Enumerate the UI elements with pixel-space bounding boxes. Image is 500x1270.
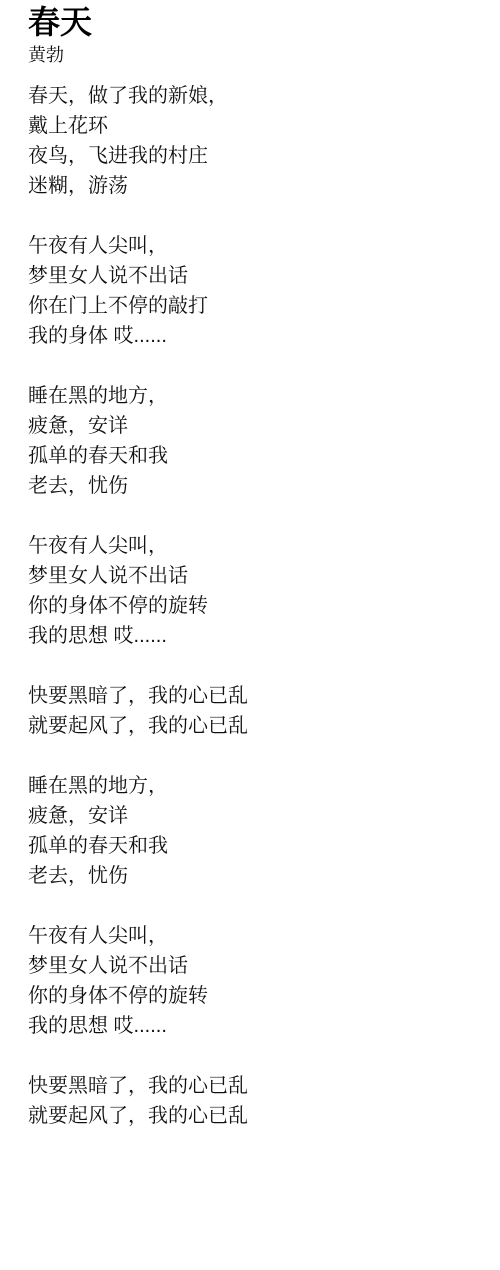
lyric-line: 你的身体不停的旋转 <box>28 981 480 1011</box>
lyric-line: 睡在黑的地方， <box>28 381 480 411</box>
stanza: 睡在黑的地方，疲惫，安详孤单的春天和我老去，忧伤 <box>28 381 480 501</box>
lyric-line: 我的思想 哎...... <box>28 621 480 651</box>
lyric-line: 快要黑暗了，我的心已乱 <box>28 681 480 711</box>
lyric-line: 我的身体 哎...... <box>28 321 480 351</box>
lyric-line: 我的思想 哎...... <box>28 1011 480 1041</box>
lyric-line: 戴上花环 <box>28 111 480 141</box>
lyric-line: 快要黑暗了，我的心已乱 <box>28 1071 480 1101</box>
lyric-line: 老去，忧伤 <box>28 861 480 891</box>
lyric-line: 午夜有人尖叫， <box>28 531 480 561</box>
lyric-line: 你的身体不停的旋转 <box>28 591 480 621</box>
stanza: 快要黑暗了，我的心已乱就要起风了，我的心已乱 <box>28 681 480 741</box>
lyric-line: 春天，做了我的新娘， <box>28 81 480 111</box>
stanza: 快要黑暗了，我的心已乱就要起风了，我的心已乱 <box>28 1071 480 1131</box>
lyrics-body: 春天，做了我的新娘，戴上花环夜鸟，飞进我的村庄迷糊，游荡午夜有人尖叫，梦里女人说… <box>28 81 480 1131</box>
lyric-line: 午夜有人尖叫， <box>28 231 480 261</box>
stanza: 午夜有人尖叫，梦里女人说不出话你的身体不停的旋转我的思想 哎...... <box>28 531 480 651</box>
lyric-line: 孤单的春天和我 <box>28 441 480 471</box>
song-title: 春天 <box>28 4 480 40</box>
lyric-line: 梦里女人说不出话 <box>28 261 480 291</box>
lyric-line: 梦里女人说不出话 <box>28 951 480 981</box>
lyric-line: 孤单的春天和我 <box>28 831 480 861</box>
lyric-line: 午夜有人尖叫， <box>28 921 480 951</box>
stanza: 睡在黑的地方，疲惫，安详孤单的春天和我老去，忧伤 <box>28 771 480 891</box>
lyric-line: 夜鸟，飞进我的村庄 <box>28 141 480 171</box>
stanza: 午夜有人尖叫，梦里女人说不出话你的身体不停的旋转我的思想 哎...... <box>28 921 480 1041</box>
lyric-line: 睡在黑的地方， <box>28 771 480 801</box>
lyric-line: 就要起风了，我的心已乱 <box>28 711 480 741</box>
lyrics-page: 春天 黄勃 春天，做了我的新娘，戴上花环夜鸟，飞进我的村庄迷糊，游荡午夜有人尖叫… <box>0 0 500 1270</box>
lyric-line: 梦里女人说不出话 <box>28 561 480 591</box>
stanza: 春天，做了我的新娘，戴上花环夜鸟，飞进我的村庄迷糊，游荡 <box>28 81 480 201</box>
lyric-line: 你在门上不停的敲打 <box>28 291 480 321</box>
artist-name: 黄勃 <box>28 43 480 67</box>
lyric-line: 迷糊，游荡 <box>28 171 480 201</box>
lyric-line: 疲惫，安详 <box>28 801 480 831</box>
lyric-line: 老去，忧伤 <box>28 471 480 501</box>
stanza: 午夜有人尖叫，梦里女人说不出话你在门上不停的敲打我的身体 哎...... <box>28 231 480 351</box>
lyric-line: 就要起风了，我的心已乱 <box>28 1101 480 1131</box>
lyric-line: 疲惫，安详 <box>28 411 480 441</box>
